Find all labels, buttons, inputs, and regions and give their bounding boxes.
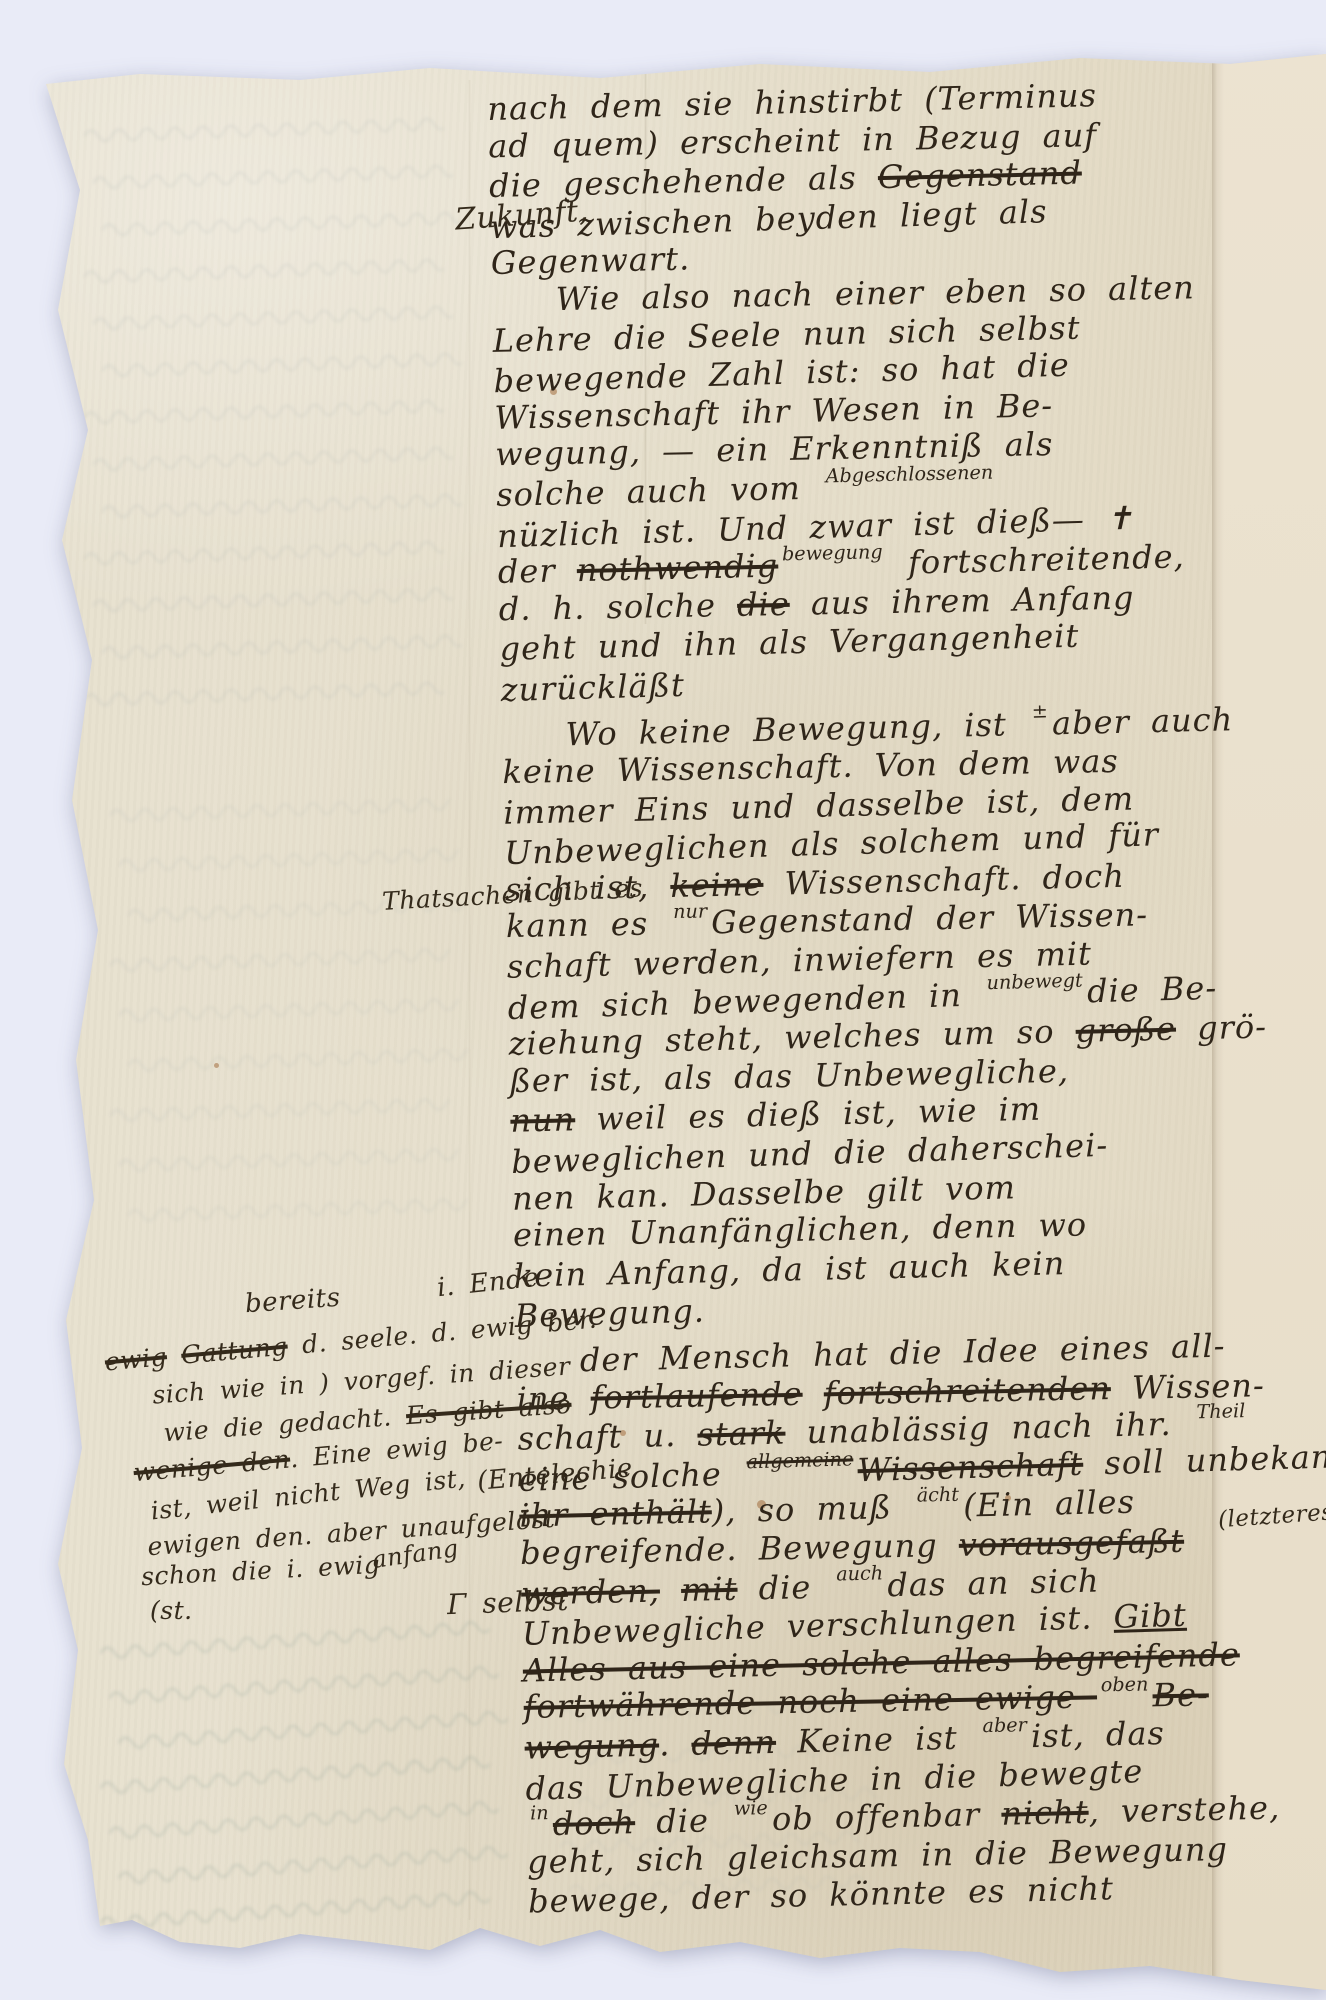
bleedthrough-writing: [93, 302, 453, 335]
bleedthrough-writing: [119, 994, 459, 1026]
bleedthrough-writing: [102, 208, 462, 241]
margin-note-selbst: Γ selbst: [446, 1584, 569, 1621]
main-text-column: nach dem sie hinstirbt (Terminusad quem)…: [487, 73, 1288, 1922]
bleedthrough-writing: [100, 1751, 490, 1798]
bleedthrough-writing: [118, 1841, 508, 1888]
bleedthrough-writing: [119, 1144, 459, 1176]
bleedthrough-writing: [84, 114, 444, 147]
bleedthrough-writing: [84, 255, 444, 288]
scanned-manuscript-page: nach dem sie hinstirbt (Terminusad quem)…: [0, 0, 1326, 2000]
bleedthrough-writing: [110, 794, 450, 826]
margin-scratch-note: bereits: [244, 1283, 341, 1320]
bleedthrough-writing: [84, 396, 444, 429]
bleedthrough-writing: [102, 631, 462, 664]
bleedthrough-writing: [128, 1044, 468, 1076]
bleedthrough-writing: [102, 490, 462, 523]
bleedthrough-writing: [110, 944, 450, 976]
bleedthrough-writing: [100, 1886, 490, 1933]
bleedthrough-writing: [93, 584, 453, 617]
margin-scratch-note: (st.: [150, 1596, 193, 1625]
paper-sheet: nach dem sie hinstirbt (Terminusad quem)…: [0, 0, 1326, 2000]
bleedthrough-writing: [102, 349, 462, 382]
paper-sheet-wrapper: nach dem sie hinstirbt (Terminusad quem)…: [0, 0, 1326, 2000]
bleedthrough-writing: [119, 844, 459, 876]
bleedthrough-writing: [109, 1661, 499, 1708]
fold-crease: [468, 80, 471, 1920]
bleedthrough-writing: [118, 1706, 508, 1753]
bleedthrough-writing: [110, 1094, 450, 1126]
bleedthrough-writing: [109, 1796, 499, 1843]
bleedthrough-writing: [84, 678, 444, 711]
bleedthrough-writing: [93, 161, 453, 194]
bleedthrough-writing: [93, 443, 453, 476]
paper-stain: [214, 1063, 219, 1068]
bleedthrough-writing: [84, 537, 444, 570]
bleedthrough-writing: [128, 1194, 468, 1226]
